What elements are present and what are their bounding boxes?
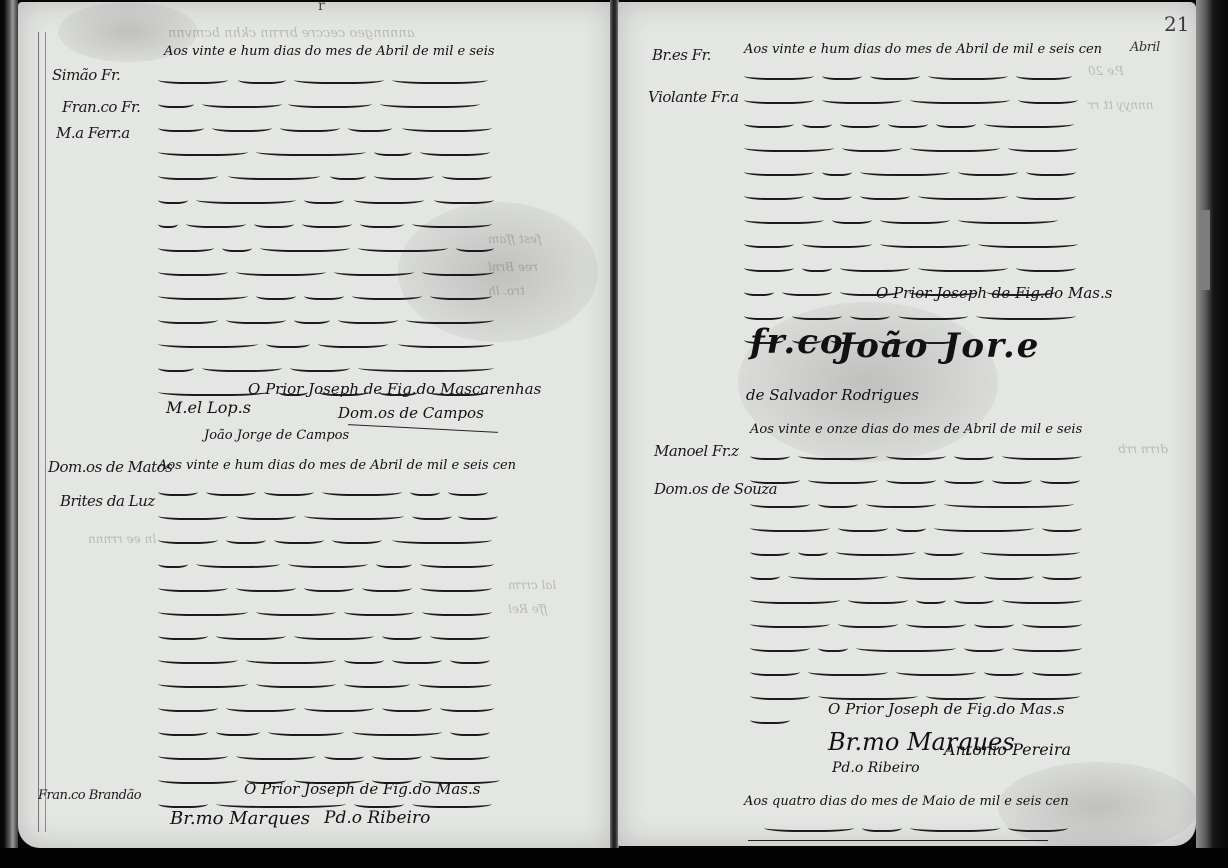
witness-signature: Dom.os de Campos: [338, 404, 484, 422]
bleed-through-text: drrn rrb: [1118, 442, 1168, 456]
bleed-through-text: nnnyy tt rr: [1088, 98, 1154, 112]
right-book-edge: [1196, 0, 1228, 868]
handwriting-lines: Aos quatro dias do mes de Maio de mil e …: [744, 792, 1084, 840]
left-book-edge: [4, 0, 18, 848]
lower-margin-note: Fran.co Brandão: [38, 788, 141, 803]
witness-signature: Br.mo Marques: [170, 808, 310, 829]
witness-signature: João Jorge de Campos: [204, 428, 349, 443]
witness-signature: Pd.o Ribeiro: [324, 808, 430, 828]
entry-opening-text: Aos vinte e hum dias do mes de Abril de …: [158, 458, 516, 473]
top-mark: r: [318, 2, 325, 14]
bleed-through-text: ffe Rel: [508, 602, 547, 616]
margin-name: Manoel Fr.z: [654, 442, 739, 460]
margin-name: Violante Fr.a: [648, 88, 739, 106]
page-number: 21: [1164, 12, 1189, 36]
witness-signature: Antonio Pereira: [944, 740, 1071, 759]
bleed-through-text: ln ee rrnnn: [88, 532, 156, 546]
margin-name: Br.es Fr.: [652, 46, 711, 64]
priest-signature: O Prior Joseph de Fig.do Mas.s: [876, 284, 1112, 302]
left-page: r annnngeo ceccre brrnn ckhn bcmvnn fest…: [18, 2, 612, 848]
entry-opening-text: Aos quatro dias do mes de Maio de mil e …: [744, 794, 1069, 809]
handwriting-lines: [158, 68, 498, 404]
witness-signature: de Salvador Rodrigues: [746, 386, 919, 404]
manuscript-scan: r annnngeo ceccre brrnn ckhn bcmvnn fest…: [0, 0, 1228, 868]
margin-name: Dom.os de Matos: [48, 458, 172, 476]
priest-signature: O Prior Joseph de Fig.do Mas.s: [828, 700, 1064, 718]
handwriting-lines: Aos vinte e onze dias do mes de Abril de…: [750, 420, 1090, 732]
witness-signature: fr.co: [750, 322, 845, 362]
witness-signature: João Jor.e: [838, 326, 1040, 366]
bleed-through-text: P.e 20: [1088, 64, 1124, 78]
witness-signature: M.el Lop.s: [166, 398, 251, 417]
witness-signature: Pd.o Ribeiro: [832, 760, 920, 776]
priest-signature: O Prior Joseph de Fig.do Mas.s: [244, 780, 480, 798]
bleed-through-text: annnngeo ceccre brrnn ckhn bcmvnn: [168, 26, 414, 41]
margin-name: Fran.co Fr.: [62, 98, 140, 116]
bleed-through-text: lal crrm: [508, 578, 556, 592]
entry-opening-line: Aos vinte e hum dias do mes de Abril de …: [164, 42, 494, 66]
ruled-line: [748, 840, 1048, 841]
entry-opening-text: Aos vinte e hum dias do mes de Abril de …: [164, 44, 495, 59]
scan-bottom-border: [0, 848, 1228, 868]
flourish-line: [348, 424, 498, 433]
corner-note: Abril: [1130, 40, 1160, 55]
entry-opening-text: Aos vinte e hum dias do mes de Abril de …: [744, 42, 1102, 57]
handwriting-lines: Aos vinte e hum dias do mes de Abril de …: [158, 456, 508, 816]
priest-signature: O Prior Joseph de Fig.do Mascarenhas: [248, 380, 541, 398]
margin-name: Simão Fr.: [52, 66, 120, 84]
left-margin-rules: [38, 32, 46, 832]
handwriting-lines: Aos vinte e hum dias do mes de Abril de …: [744, 40, 1084, 352]
margin-name: M.a Ferr.a: [56, 124, 130, 142]
entry-opening-text: Aos vinte e onze dias do mes de Abril de…: [750, 422, 1082, 437]
right-page: 21 Abril P.e 20 nnnyy tt rr drrn rrb Br.…: [618, 2, 1196, 846]
entry-text-block: Aos vinte e hum dias do mes de Abril de …: [164, 42, 494, 66]
margin-name: Brites da Luz: [60, 492, 155, 510]
